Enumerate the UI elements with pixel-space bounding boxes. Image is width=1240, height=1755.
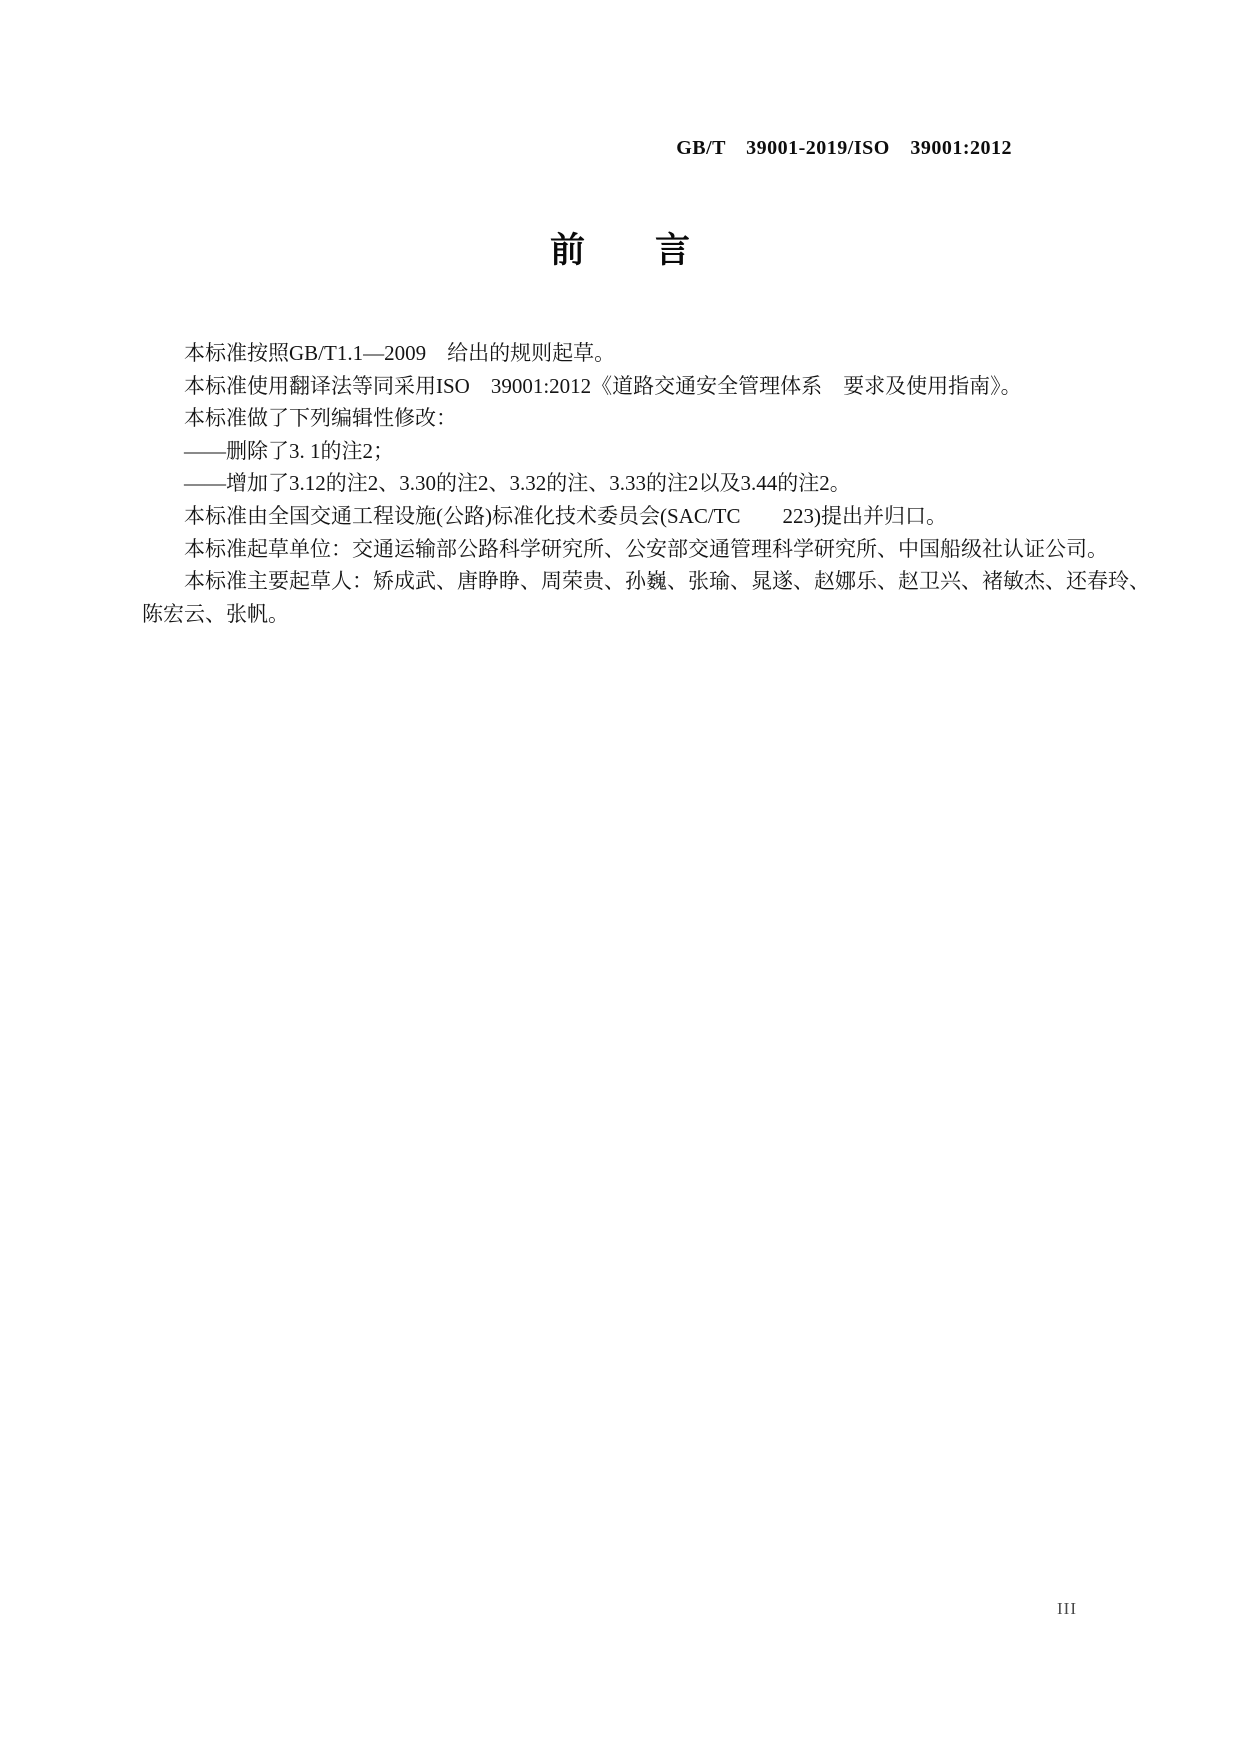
page-number: III [1057, 1599, 1077, 1619]
page-title: 前 言 [0, 231, 1240, 271]
paragraph-line: 本标准使用翻译法等同采用ISO 39001:2012《道路交通安全管理体系 要求… [142, 370, 1152, 403]
paragraph-line: 本标准起草单位：交通运输部公路科学研究所、公安部交通管理科学研究所、中国船级社认… [142, 533, 1152, 566]
paragraph-line: 本标准主要起草人：矫成武、唐睁睁、周荣贵、孙巍、张瑜、晁遂、赵娜乐、赵卫兴、褚敏… [142, 565, 1152, 598]
foreword-body: 本标准按照GB/T1.1—2009 给出的规则起草。 本标准使用翻译法等同采用I… [142, 337, 1152, 630]
paragraph-line: ——删除了3. 1的注2； [142, 435, 1152, 468]
paragraph-line: ——增加了3.12的注2、3.30的注2、3.32的注、3.33的注2以及3.4… [142, 467, 1152, 500]
document-page: GB/T 39001-2019/ISO 39001:2012 前 言 本标准按照… [0, 0, 1240, 1755]
paragraph-line: 本标准按照GB/T1.1—2009 给出的规则起草。 [142, 337, 1152, 370]
standard-code-header: GB/T 39001-2019/ISO 39001:2012 [676, 131, 1012, 160]
paragraph-line: 本标准做了下列编辑性修改： [142, 402, 1152, 435]
paragraph-line: 本标准由全国交通工程设施(公路)标准化技术委员会(SAC/TC 223)提出并归… [142, 500, 1152, 533]
paragraph-line: 陈宏云、张帆。 [142, 598, 1152, 631]
